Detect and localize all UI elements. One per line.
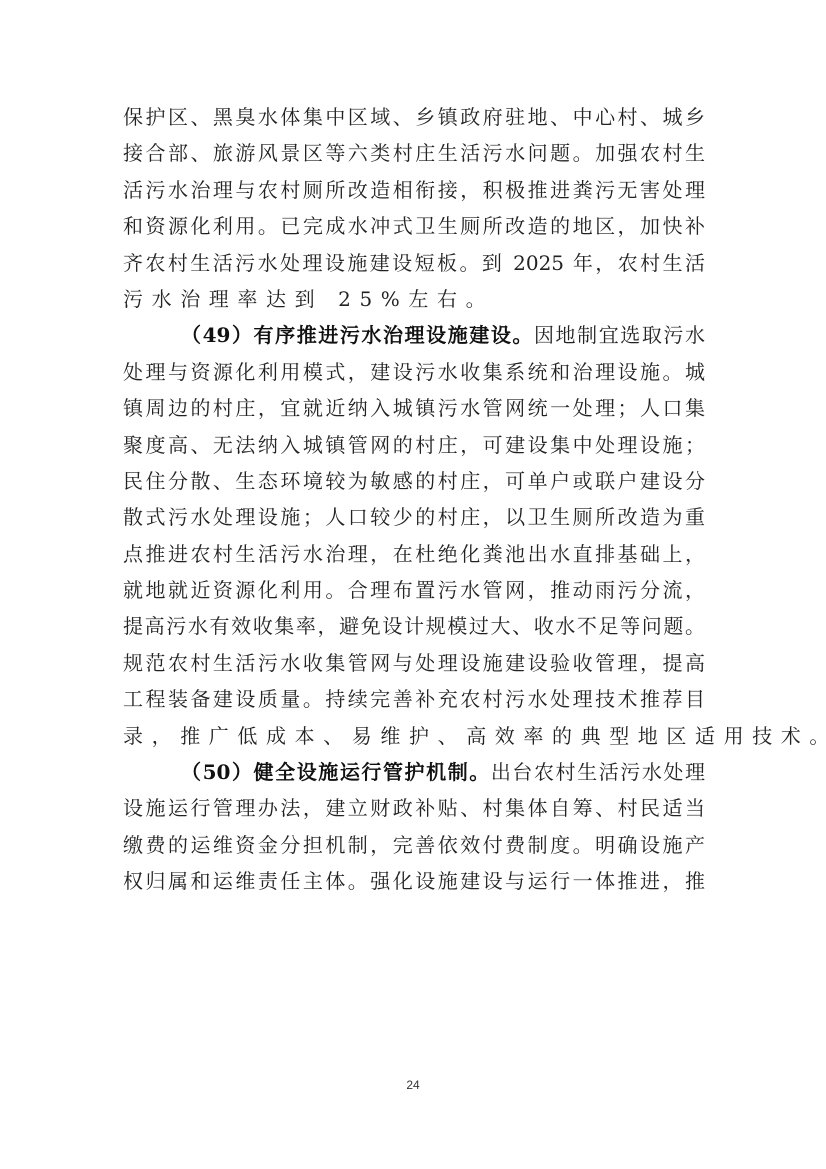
body-text: 保护区、黑臭水体集中区域、乡镇政府驻地、中心村、城乡 接合部、旅游风景区等六类村…	[123, 99, 705, 900]
text-line: 规范农村生活污水收集管网与处理设施建设验收管理，提高	[123, 645, 705, 681]
text-line: 聚度高、无法纳入城镇管网的村庄，可建设集中处理设施；	[123, 427, 705, 463]
section-49-first-line-text: 因地制宜选取污水	[534, 323, 705, 347]
text-line: 就地就近资源化利用。合理布置污水管网，推动雨污分流，	[123, 572, 705, 608]
text-line: 接合部、旅游风景区等六类村庄生活污水问题。加强农村生	[123, 135, 705, 171]
text-line: 和资源化利用。已完成水冲式卫生厕所改造的地区，加快补	[123, 208, 705, 244]
text-line: 设施运行管理办法，建立财政补贴、村集体自筹、村民适当	[123, 790, 705, 826]
text-line: 提高污水有效收集率，避免设计规模过大、收水不足等问题。	[123, 608, 705, 644]
page-number: 24	[0, 1078, 826, 1092]
text-line: 缴费的运维资金分担机制，完善依效付费制度。明确设施产	[123, 827, 705, 863]
text-line: 齐农村生活污水处理设施建设短板。到 2025 年，农村生活	[123, 245, 705, 281]
text-line: 点推进农村生活污水治理，在杜绝化粪池出水直排基础上，	[123, 536, 705, 572]
text-line: 工程装备建设质量。持续完善补充农村污水处理技术推荐目	[123, 681, 705, 717]
section-50-first-line: （50）健全设施运行管护机制。出台农村生活污水处理	[123, 754, 705, 790]
text-line: 活污水治理与农村厕所改造相衔接，积极推进粪污无害处理	[123, 172, 705, 208]
section-50-heading: （50）健全设施运行管护机制。	[181, 760, 491, 784]
text-line: 录，推广低成本、易维护、高效率的典型地区适用技术。	[123, 718, 705, 754]
text-line: 污水治理率达到 25%左右。	[123, 281, 705, 317]
section-49-heading: （49）有序推进污水治理设施建设。	[181, 323, 534, 347]
document-page: 保护区、黑臭水体集中区域、乡镇政府驻地、中心村、城乡 接合部、旅游风景区等六类村…	[0, 0, 826, 1169]
text-line: 处理与资源化利用模式，建设污水收集系统和治理设施。城	[123, 354, 705, 390]
section-49-first-line: （49）有序推进污水治理设施建设。因地制宜选取污水	[123, 317, 705, 353]
text-line: 保护区、黑臭水体集中区域、乡镇政府驻地、中心村、城乡	[123, 99, 705, 135]
text-line: 权归属和运维责任主体。强化设施建设与运行一体推进，推	[123, 863, 705, 899]
text-line: 散式污水处理设施；人口较少的村庄，以卫生厕所改造为重	[123, 499, 705, 535]
section-50-first-line-text: 出台农村生活污水处理	[491, 760, 705, 784]
text-line: 民住分散、生态环境较为敏感的村庄，可单户或联户建设分	[123, 463, 705, 499]
text-line: 镇周边的村庄，宜就近纳入城镇污水管网统一处理；人口集	[123, 390, 705, 426]
